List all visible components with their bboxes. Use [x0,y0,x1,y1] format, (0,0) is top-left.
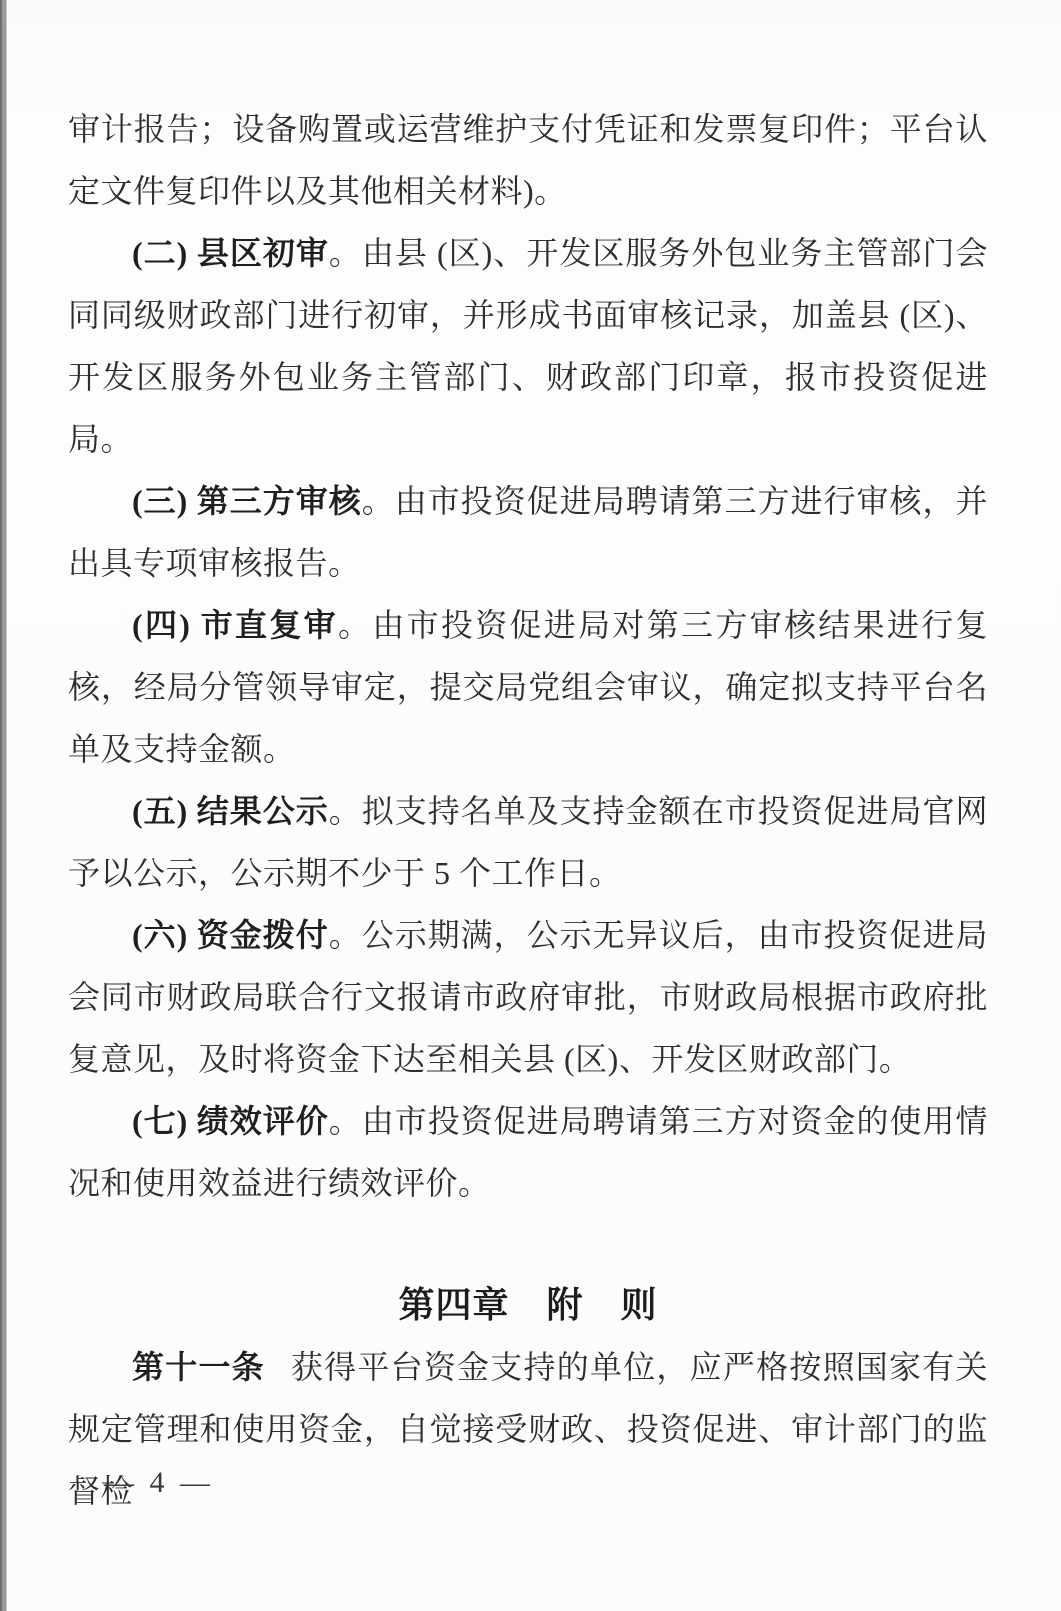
article-number: 第十一条 [132,1349,265,1385]
list-item-city-recheck: (四) 市直复审。由市投资促进局对第三方审核结果进行复核，经局分管领导审定，提交… [68,594,988,780]
page-number: — 4 — [104,1466,214,1500]
list-item-third-party-audit: (三) 第三方审核。由市投资促进局聘请第三方进行审核，并出具专项审核报告。 [68,470,988,594]
paragraph-continuation: 审计报告；设备购置或运营维护支付凭证和发票复印件；平台认定文件复印件以及其他相关… [68,98,988,222]
list-item-result-publicity: (五) 结果公示。拟支持名单及支持金额在市投资促进局官网予以公示，公示期不少于 … [68,780,988,904]
document-page: 审计报告；设备购置或运营维护支付凭证和发票复印件；平台认定文件复印件以及其他相关… [0,0,1061,1611]
list-item-performance-evaluation: (七) 绩效评价。由市投资促进局聘请第三方对资金的使用情况和使用效益进行绩效评价… [68,1090,988,1214]
item-label: (三) 第三方审核 [132,483,362,519]
chapter-heading: 第四章 附 则 [68,1274,988,1336]
item-label: (四) 市直复审 [132,607,338,643]
list-item-fund-allocation: (六) 资金拨付。公示期满，公示无异议后，由市投资促进局会同市财政局联合行文报请… [68,904,988,1090]
item-label: (七) 绩效评价 [132,1103,329,1139]
scan-edge-shadow [0,0,7,1611]
item-label: (二) 县区初审 [132,235,329,271]
list-item-county-review: (二) 县区初审。由县 (区)、开发区服务外包业务主管部门会同同级财政部门进行初… [68,222,988,470]
item-label: (五) 结果公示 [132,793,329,829]
page-content: 审计报告；设备购置或运营维护支付凭证和发票复印件；平台认定文件复印件以及其他相关… [68,98,988,1522]
item-label: (六) 资金拨付 [132,917,329,953]
